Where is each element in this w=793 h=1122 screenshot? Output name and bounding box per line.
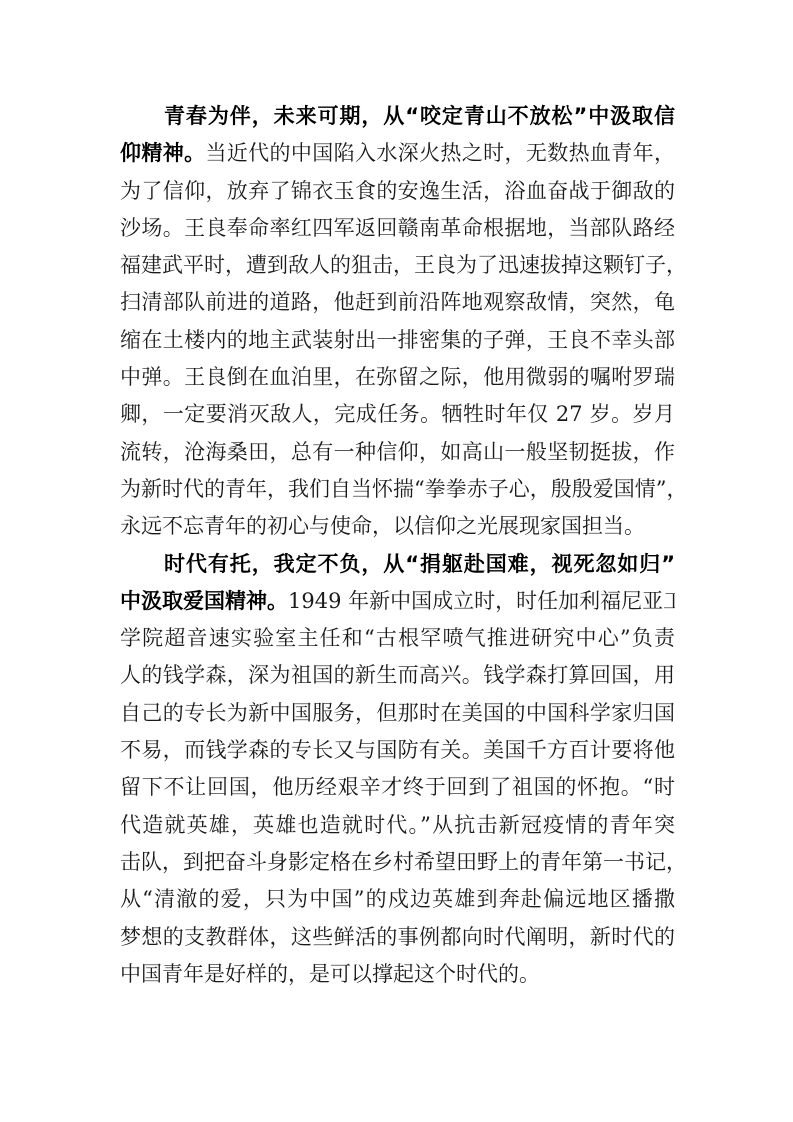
text-line: 沙场。王良奉命率红四军返回赣南革命根据地，当部队路经	[120, 210, 675, 247]
bold-heading: 仰精神。	[120, 141, 205, 165]
text-line: 中国青年是好样的，是可以撑起这个时代的。	[120, 956, 675, 993]
text-line: 流转，沧海桑田，总有一种信仰，如高山一般坚韧挺拔，作	[120, 434, 675, 471]
text-line: 永远不忘青年的初心与使命，以信仰之光展现家国担当。	[120, 508, 675, 545]
text-line: 从“清澈的爱，只为中国”的戍边英雄到奔赴偏远地区播撒	[120, 881, 675, 918]
text-line: 自己的专长为新中国服务，但那时在美国的中国科学家归国	[120, 695, 675, 732]
text-line: 仰精神。当近代的中国陷入水深火热之时，无数热血青年，	[120, 135, 675, 172]
bold-heading: 青春为伴，未来可期，从“咬定青山不放松”中汲取信	[164, 104, 675, 128]
text-line: 中弹。王良倒在血泊里，在弥留之际，他用微弱的嘱咐罗瑞	[120, 359, 675, 396]
text-line: 梦想的支教群体，这些鲜活的事例都向时代阐明，新时代的	[120, 919, 675, 956]
paragraph-faith: 青春为伴，未来可期，从“咬定青山不放松”中汲取信 仰精神。当近代的中国陷入水深火…	[120, 98, 675, 546]
text-line: 扫清部队前进的道路，他赶到前沿阵地观察敌情，突然，龟	[120, 284, 675, 321]
text-line: 不易，而钱学森的专长又与国防有关。美国千方百计要将他	[120, 732, 675, 769]
text-line: 学院超音速实验室主任和“古根罕喷气推进研究中心”负责	[120, 620, 675, 657]
document-page: 青春为伴，未来可期，从“咬定青山不放松”中汲取信 仰精神。当近代的中国陷入水深火…	[120, 98, 675, 993]
text-line: 卿，一定要消灭敌人，完成任务。牺牲时年仅 27 岁。岁月	[120, 396, 675, 433]
text-line: 缩在土楼内的地主武装射出一排密集的子弹，王良不幸头部	[120, 322, 675, 359]
text-line: 代造就英雄，英雄也造就时代。”从抗击新冠疫情的青年突	[120, 807, 675, 844]
bold-heading: 时代有托，我定不负，从“捐躯赴国难，视死忽如归”	[164, 552, 675, 576]
text-line: 为新时代的青年，我们自当怀揣“拳拳赤子心，殷殷爱国情”，	[120, 471, 675, 508]
paragraph-patriotism: 时代有托，我定不负，从“捐躯赴国难，视死忽如归” 中汲取爱国精神。1949 年新…	[120, 546, 675, 994]
text-line: 为了信仰，放弃了锦衣玉食的安逸生活，浴血奋战于御敌的	[120, 173, 675, 210]
text-line: 击队，到把奋斗身影定格在乡村希望田野上的青年第一书记，	[120, 844, 675, 881]
text-line: 中汲取爱国精神。1949 年新中国成立时，时任加利福尼亚工	[120, 583, 675, 620]
text-line: 福建武平时，遭到敌人的狙击，王良为了迅速拔掉这颗钉子，	[120, 247, 675, 284]
bold-heading: 中汲取爱国精神。	[120, 589, 288, 613]
text-line: 青春为伴，未来可期，从“咬定青山不放松”中汲取信	[120, 98, 675, 135]
text-line: 时代有托，我定不负，从“捐躯赴国难，视死忽如归”	[120, 546, 675, 583]
text-line: 人的钱学森，深为祖国的新生而高兴。钱学森打算回国，用	[120, 657, 675, 694]
text-line: 留下不让回国，他历经艰辛才终于回到了祖国的怀抱。“时	[120, 769, 675, 806]
